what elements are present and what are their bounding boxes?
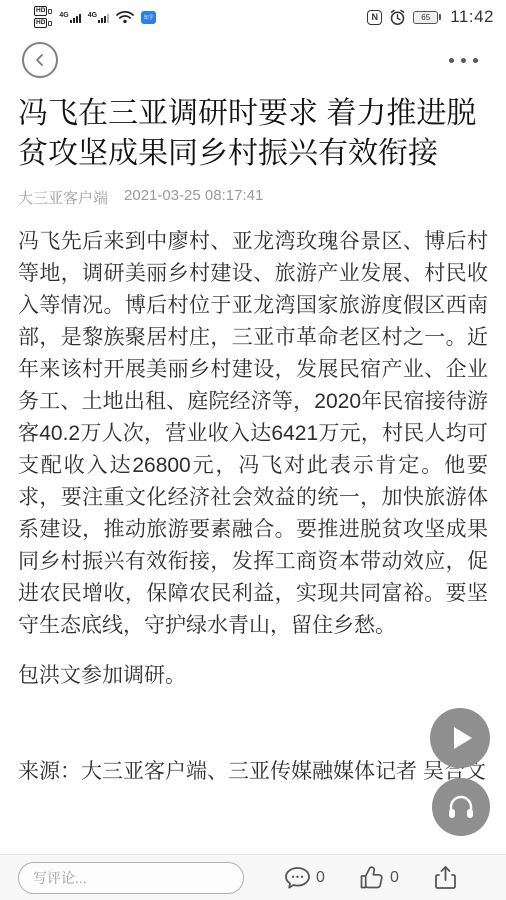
status-bar-right: N 65 11:42	[367, 7, 494, 27]
article-source-line: 来源：大三亚客户端、三亚传媒融媒体记者 吴合文	[18, 756, 488, 788]
play-icon	[454, 727, 472, 749]
alarm-icon	[389, 9, 406, 26]
hd-badge-icon: HD	[34, 18, 47, 28]
article-page: HD HD 4G 4G 知乎	[0, 0, 506, 900]
comment-input-pill[interactable]	[18, 862, 244, 894]
network-type-label: 4G	[88, 12, 97, 19]
back-button[interactable]	[22, 42, 58, 78]
nfc-icon: N	[367, 10, 382, 25]
hd-badge-sub-icon	[48, 9, 52, 14]
like-button[interactable]: 0	[359, 865, 399, 890]
signal-bars-icon	[98, 14, 109, 23]
article-paragraph: 包洪文参加调研。	[18, 660, 488, 692]
article-paragraph: 冯飞先后来到中廖村、亚龙湾玫瑰谷景区、博后村等地，调研美丽乡村建设、旅游产业发展…	[18, 226, 488, 642]
battery-level: 65	[413, 11, 438, 24]
network-type-label: 4G	[59, 12, 68, 19]
signal-bars-icon	[70, 14, 81, 23]
share-button[interactable]	[433, 865, 458, 891]
battery-tip	[439, 14, 441, 20]
bottom-action-bar: 0 0	[0, 854, 506, 900]
clock-time: 11:42	[450, 7, 494, 27]
more-options-icon	[449, 58, 454, 63]
listen-audio-button[interactable]	[432, 778, 490, 836]
comment-input[interactable]	[33, 870, 229, 886]
thumbs-up-icon	[359, 865, 385, 890]
headphones-icon	[446, 793, 476, 821]
back-icon	[32, 52, 48, 68]
article-content: 冯飞在三亚调研时要求 着力推进脱贫攻坚成果同乡村振兴有效衔接 大三亚客户端 20…	[0, 94, 506, 788]
hd-badge-icon: HD	[34, 6, 47, 16]
wifi-icon	[116, 10, 134, 24]
article-title: 冯飞在三亚调研时要求 着力推进脱贫攻坚成果同乡村振兴有效衔接	[18, 94, 488, 174]
article-source: 大三亚客户端	[18, 187, 108, 208]
more-options-button[interactable]	[449, 52, 478, 69]
hd-volte-badges: HD HD	[34, 6, 52, 28]
sim1-signal: 4G	[59, 12, 80, 23]
status-bar-left: HD HD 4G 4G 知乎	[34, 6, 156, 28]
app-notification-badge: 知乎	[141, 11, 156, 24]
sim2-signal: 4G	[88, 12, 109, 23]
article-timestamp: 2021-03-25 08:17:41	[124, 187, 263, 208]
bottom-actions: 0 0	[250, 865, 492, 891]
comments-button[interactable]: 0	[284, 866, 325, 890]
status-bar: HD HD 4G 4G 知乎	[0, 0, 506, 32]
article-meta: 大三亚客户端 2021-03-25 08:17:41	[18, 187, 488, 208]
battery-icon: 65	[413, 11, 441, 24]
share-icon	[433, 865, 458, 891]
more-options-icon	[473, 58, 478, 63]
comment-bubble-icon	[284, 866, 311, 890]
hd-badge-sub-icon	[48, 21, 52, 26]
play-video-button[interactable]	[430, 708, 490, 768]
more-options-icon	[461, 58, 466, 63]
comment-count: 0	[316, 869, 325, 887]
like-count: 0	[390, 869, 399, 887]
nav-bar	[0, 32, 506, 88]
